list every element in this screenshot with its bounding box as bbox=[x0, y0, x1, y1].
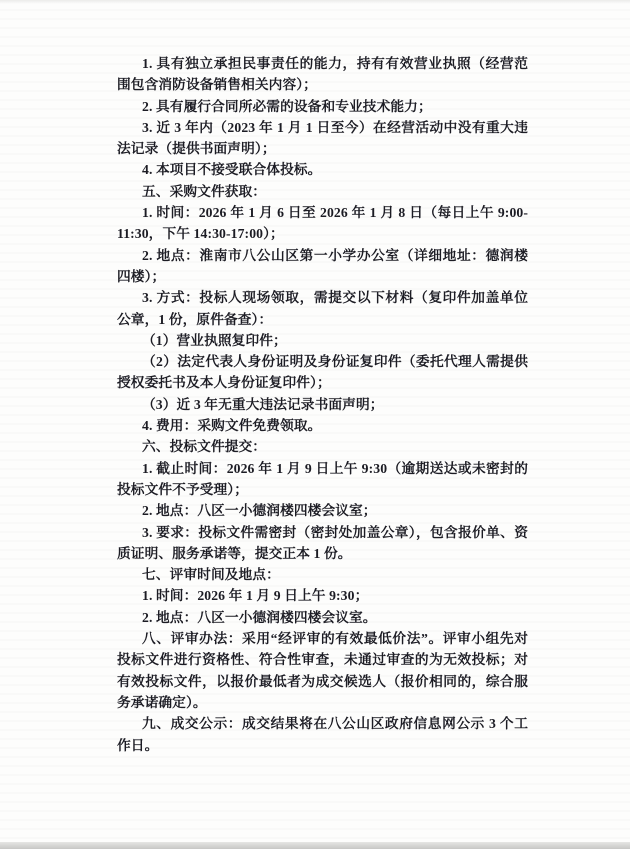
section-heading: 五、采购文件获取： bbox=[117, 181, 528, 202]
paragraph: 2. 地点：淮南市八公山区第一小学办公室（详细地址：德润楼四楼）； bbox=[117, 245, 528, 288]
paragraph: （1）营业执照复印件； bbox=[117, 330, 528, 351]
paragraph: 3. 方式：投标人现场领取，需提交以下材料（复印件加盖单位公章，1 份，原件备查… bbox=[117, 287, 528, 330]
paragraph: （2）法定代表人身份证明及身份证复印件（委托代理人需提供授权委托书及本人身份证复… bbox=[117, 351, 528, 394]
paragraph: 1. 时间：2026 年 1 月 6 日至 2026 年 1 月 8 日（每日上… bbox=[117, 202, 528, 245]
section-heading: 六、投标文件提交： bbox=[117, 436, 528, 457]
paragraph: 八、评审办法：采用“经评审的有效最低价法”。评审小组先对投标文件进行资格性、符合… bbox=[117, 628, 528, 713]
paragraph: （3）近 3 年无重大违法记录书面声明； bbox=[117, 394, 528, 415]
paragraph: 3. 近 3 年内（2023 年 1 月 1 日至今）在经营活动中没有重大违法记… bbox=[117, 117, 528, 160]
paragraph: 2. 具有履行合同所必需的设备和专业技术能力； bbox=[117, 96, 528, 117]
paragraph: 1. 具有独立承担民事责任的能力，持有有效营业执照（经营范围包含消防设备销售相关… bbox=[117, 53, 528, 96]
paragraph: 2. 地点：八区一小德润楼四楼会议室。 bbox=[117, 607, 528, 628]
paragraph: 2. 地点：八区一小德润楼四楼会议室； bbox=[117, 500, 528, 521]
scan-top-edge bbox=[0, 0, 630, 4]
paragraph: 1. 时间：2026 年 1 月 9 日上午 9:30； bbox=[117, 585, 528, 606]
paragraph: 1. 截止时间：2026 年 1 月 9 日上午 9:30（逾期送达或未密封的投… bbox=[117, 458, 528, 501]
document-body: 1. 具有独立承担民事责任的能力，持有有效营业执照（经营范围包含消防设备销售相关… bbox=[117, 53, 528, 756]
scan-bottom-edge bbox=[0, 842, 630, 849]
scanned-document-page: 1. 具有独立承担民事责任的能力，持有有效营业执照（经营范围包含消防设备销售相关… bbox=[0, 0, 630, 849]
section-heading: 七、评审时间及地点： bbox=[117, 564, 528, 585]
paragraph: 3. 要求：投标文件需密封（密封处加盖公章），包含报价单、资质证明、服务承诺等，… bbox=[117, 522, 528, 565]
paragraph: 4. 费用：采购文件免费领取。 bbox=[117, 415, 528, 436]
paragraph: 九、成交公示：成交结果将在八公山区政府信息网公示 3 个工作日。 bbox=[117, 713, 528, 756]
paragraph: 4. 本项目不接受联合体投标。 bbox=[117, 159, 528, 180]
